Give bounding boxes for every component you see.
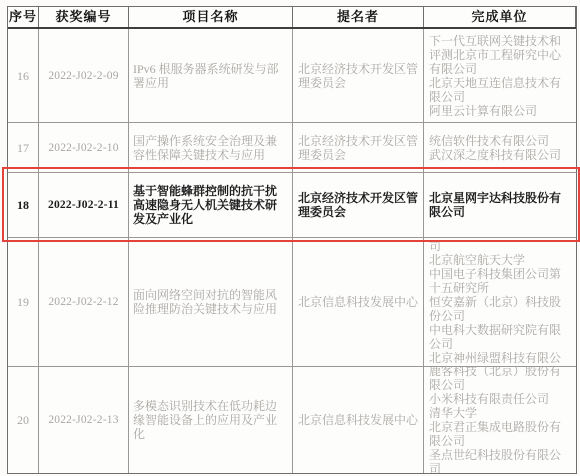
project-name: 面向网络空间对抗的智能风险推理防治关键技术与应用 — [129, 238, 293, 366]
completion-units: 北京星网宇达科技股份有限公司 — [424, 173, 576, 237]
column-header-project: 项目名称 — [129, 7, 293, 27]
unit-name: 统信软件技术有限公司 — [429, 134, 571, 148]
nominator: 北京经济技术开发区管理委员会 — [293, 123, 424, 172]
table-row-20: 202022-J02-2-13多模态识别技术在低功耗边缘智能设备上的应用及产业化… — [8, 367, 576, 473]
award-table: 序号获奖编号项目名称提名者完成单位162022-J02-2-09IPv6 根服务… — [7, 6, 577, 474]
completion-units: 下一代互联网关键技术和评测北京市工程研究中心有限公司北京天地互连信息技术有限公司… — [424, 29, 576, 122]
row-index: 20 — [8, 367, 39, 473]
nominator: 北京经济技术开发区管理委员会 — [293, 29, 424, 122]
unit-name: 恒安嘉新（北京）科技股份公司 — [429, 295, 571, 323]
column-header-units: 完成单位 — [424, 7, 576, 27]
column-header-award_no: 获奖编号 — [39, 7, 129, 27]
table-row-19: 192022-J02-2-12面向网络空间对抗的智能风险推理防治关键技术与应用北… — [8, 238, 576, 367]
award-number: 2022-J02-2-10 — [39, 123, 129, 172]
table-header-row: 序号获奖编号项目名称提名者完成单位 — [8, 7, 576, 29]
award-number: 2022-J02-2-12 — [39, 238, 129, 366]
row-index: 19 — [8, 238, 39, 366]
nominator: 北京信息科技发展中心 — [293, 238, 424, 366]
unit-name: 阿里云计算有限公司 — [429, 104, 571, 118]
unit-name: 清华大学 — [429, 406, 571, 420]
nominator: 北京经济技术开发区管理委员会 — [293, 173, 424, 237]
unit-name: 小米科技有限责任公司 — [429, 392, 571, 406]
row-index: 17 — [8, 123, 39, 172]
unit-name: 中电科大数据研究院有限公司 — [429, 323, 571, 351]
unit-name: 绿盟科技集团股份有限公司 — [429, 238, 571, 253]
project-name: 基于智能蜂群控制的抗干扰高速隐身无人机关键技术研发及产业化 — [129, 173, 293, 237]
project-name: 多模态识别技术在低功耗边缘智能设备上的应用及产业化 — [129, 367, 293, 473]
unit-name: 北京星网宇达科技股份有限公司 — [429, 191, 571, 219]
unit-name: 北京天地互连信息技术有限公司 — [429, 76, 571, 104]
table-row-16: 162022-J02-2-09IPv6 根服务器系统研发与部署应用北京经济技术开… — [8, 29, 576, 123]
award-number: 2022-J02-2-11 — [39, 173, 129, 237]
unit-name: 武汉深之度科技有限公司 — [429, 148, 571, 162]
completion-units: 绿盟科技集团股份有限公司北京航空航天大学中国电子科技集团公司第十五研究所恒安嘉新… — [424, 238, 576, 366]
unit-name: 北京神州绿盟科技有限公司 — [429, 351, 571, 366]
unit-name: 圣点世纪科技股份有限公司 — [429, 448, 571, 473]
completion-units: 鹿客科技（北京）股份有限公司小米科技有限责任公司清华大学北京君正集成电路股份有限… — [424, 367, 576, 473]
table-row-18: 182022-J02-2-11基于智能蜂群控制的抗干扰高速隐身无人机关键技术研发… — [8, 173, 576, 238]
award-number: 2022-J02-2-09 — [39, 29, 129, 122]
award-number: 2022-J02-2-13 — [39, 367, 129, 473]
project-name: IPv6 根服务器系统研发与部署应用 — [129, 29, 293, 122]
project-name: 国产操作系统安全治理及兼容性保障关键技术与应用 — [129, 123, 293, 172]
unit-name: 中国电子科技集团公司第十五研究所 — [429, 267, 571, 295]
unit-name: 北京航空航天大学 — [429, 253, 571, 267]
unit-name: 下一代互联网关键技术和评测北京市工程研究中心有限公司 — [429, 34, 571, 76]
nominator: 北京信息科技发展中心 — [293, 367, 424, 473]
row-index: 18 — [8, 173, 39, 237]
unit-name: 北京君正集成电路股份有限公司 — [429, 420, 571, 448]
column-header-nominator: 提名者 — [293, 7, 424, 27]
column-header-index: 序号 — [8, 7, 39, 27]
table-row-17: 172022-J02-2-10国产操作系统安全治理及兼容性保障关键技术与应用北京… — [8, 123, 576, 173]
row-index: 16 — [8, 29, 39, 122]
completion-units: 统信软件技术有限公司武汉深之度科技有限公司 — [424, 123, 576, 172]
unit-name: 鹿客科技（北京）股份有限公司 — [429, 367, 571, 392]
